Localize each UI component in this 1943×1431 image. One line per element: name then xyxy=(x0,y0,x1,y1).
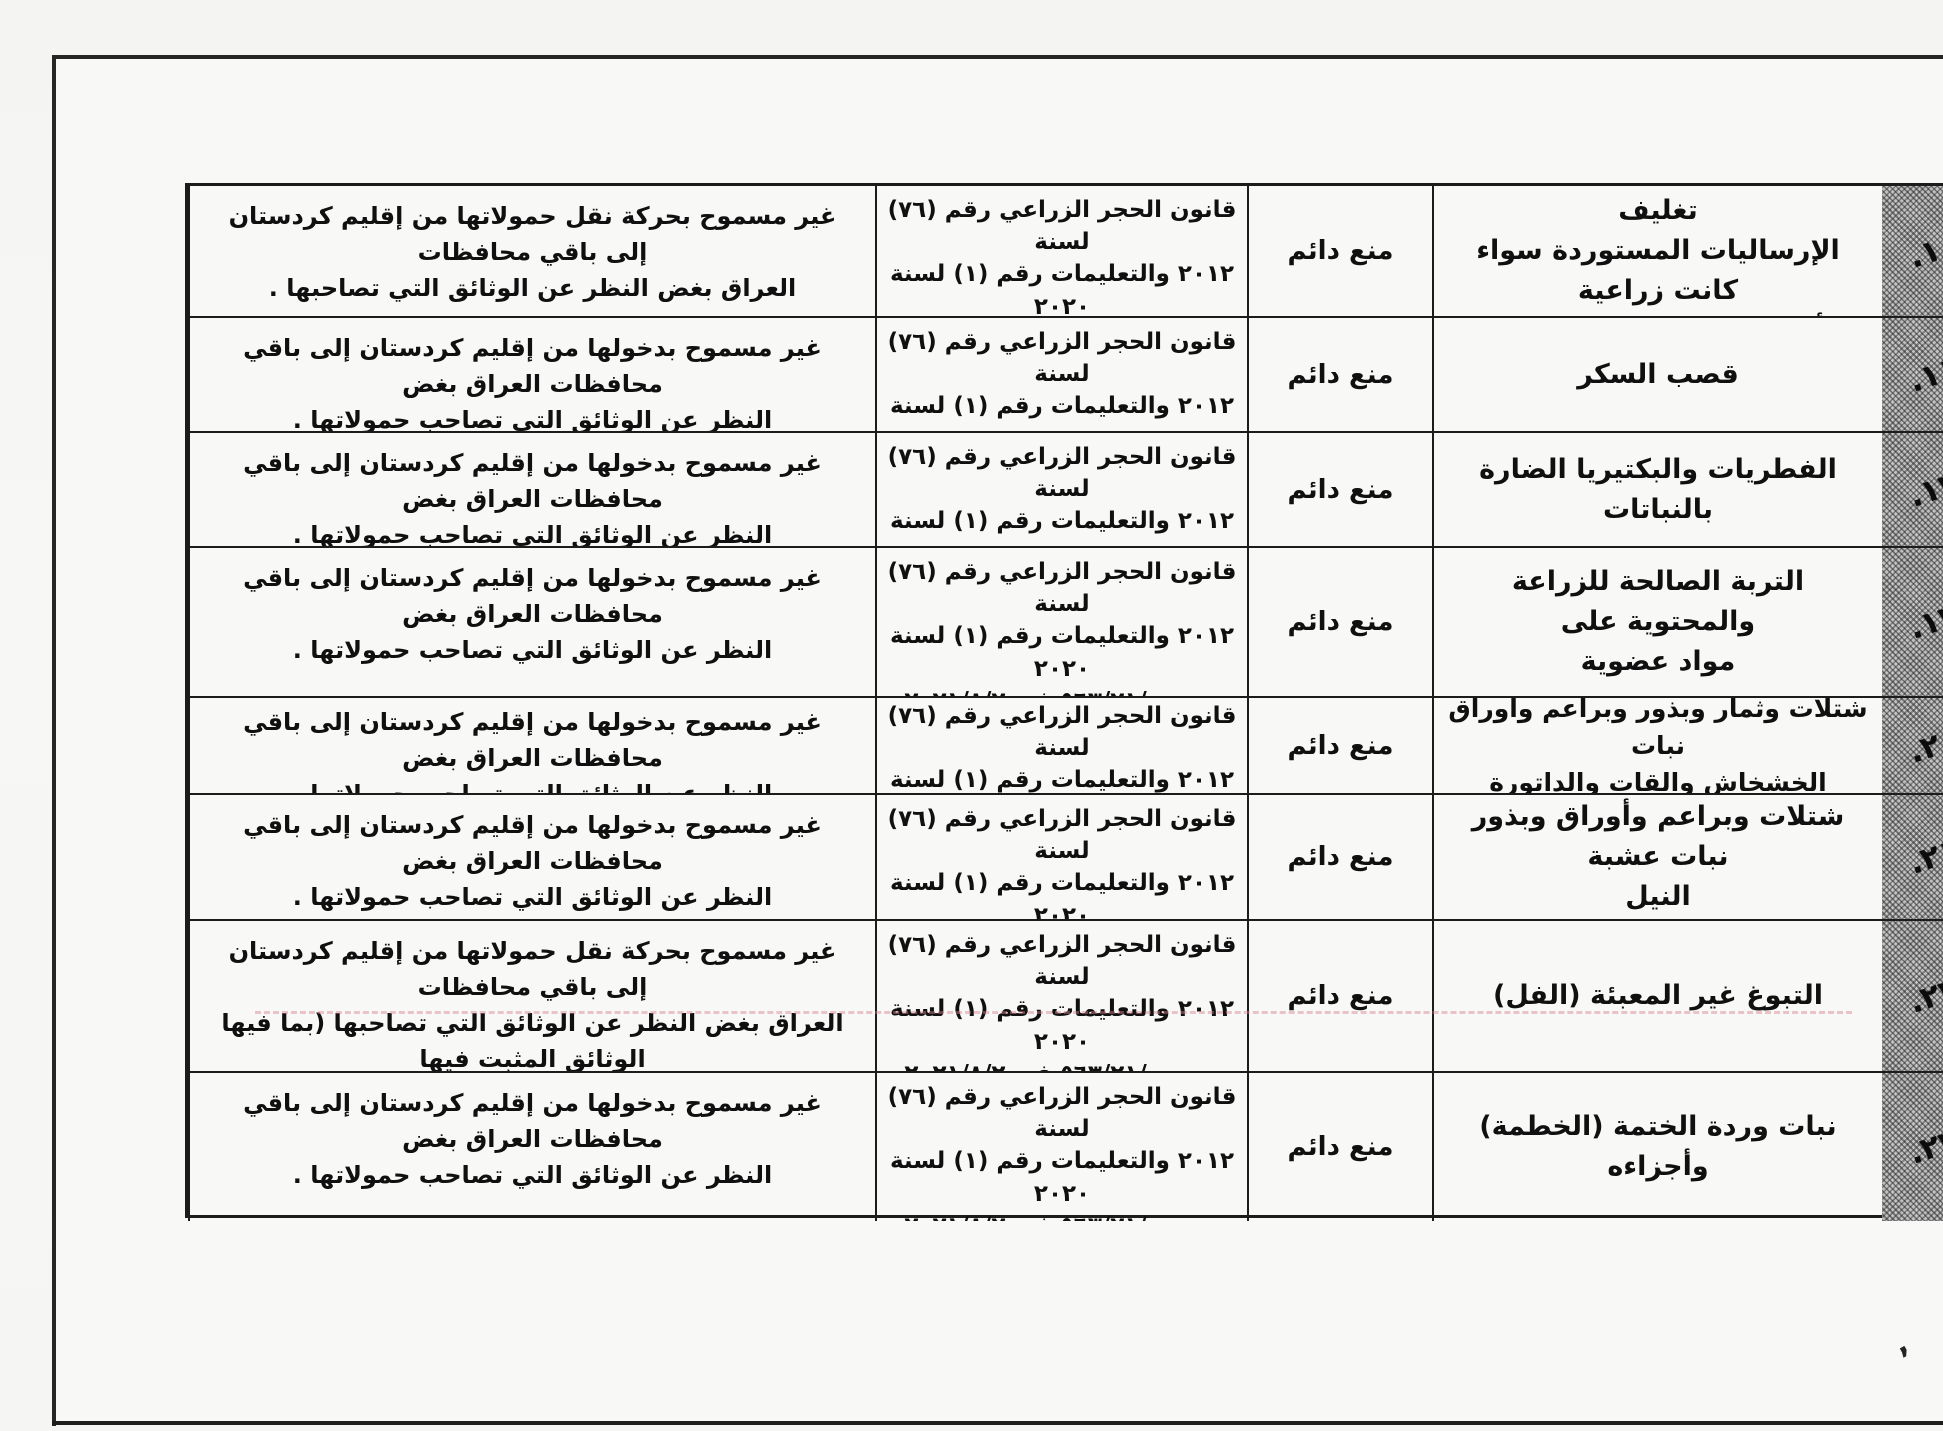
row-number-cell: ١٠. xyxy=(1882,186,1943,316)
legal-basis-cell: قانون الحجر الزراعي رقم (٧٦) لسنة ٢٠١٢ و… xyxy=(875,921,1247,1071)
legal-basis-cell: قانون الحجر الزراعي رقم (٧٦) لسنة ٢٠١٢ و… xyxy=(875,433,1247,546)
quarantine-items-table: ١٠. المواد النباتية المستخدمة في تغليف ا… xyxy=(185,183,1943,1218)
row-number-label: ١٠. xyxy=(1904,226,1943,276)
notes-cell: غير مسموح بدخولها من إقليم كردستان إلى ب… xyxy=(188,318,875,431)
row-number-cell: ٢١. xyxy=(1882,795,1943,919)
page-frame-left xyxy=(52,55,56,1426)
item-name-cell: قصب السكر xyxy=(1432,318,1882,431)
item-name-cell: شتلات وبراعم وأوراق وبذور نبات عشبة الني… xyxy=(1432,795,1882,919)
item-name-cell: الفطريات والبكتيريا الضارة بالنباتات xyxy=(1432,433,1882,546)
row-number-cell: ١١. xyxy=(1882,318,1943,431)
table-row: ٢٢. التبوغ غير المعبئة (الفل) منع دائم ق… xyxy=(188,921,1943,1073)
status-cell: منع دائم xyxy=(1247,698,1432,793)
table-row: ١٠. المواد النباتية المستخدمة في تغليف ا… xyxy=(188,186,1943,318)
legal-basis-cell: قانون الحجر الزراعي رقم (٧٦) لسنة ٢٠١٢ و… xyxy=(875,698,1247,793)
table-row: ٢٠. شتلات وثمار وبذور وبراعم وأوراق نبات… xyxy=(188,698,1943,795)
notes-cell: غير مسموح بحركة نقل حمولاتها من إقليم كر… xyxy=(188,186,875,316)
item-name-cell: التبوغ غير المعبئة (الفل) xyxy=(1432,921,1882,1071)
row-number-cell: ٢٢. xyxy=(1882,921,1943,1071)
row-number-label: ٢١. xyxy=(1904,832,1943,882)
status-cell: منع دائم xyxy=(1247,318,1432,431)
status-cell: منع دائم xyxy=(1247,1073,1432,1221)
item-name-cell: نبات وردة الختمة (الخطمة) وأجزاءه xyxy=(1432,1073,1882,1221)
notes-cell: غير مسموح بدخولها من إقليم كردستان إلى ب… xyxy=(188,698,875,793)
row-number-label: ٢٣. xyxy=(1904,1122,1943,1172)
item-name-cell: المواد النباتية المستخدمة في تغليف الإرس… xyxy=(1432,186,1882,316)
legal-basis-cell: قانون الحجر الزراعي رقم (٧٦) لسنة ٢٠١٢ و… xyxy=(875,548,1247,696)
notes-cell: غير مسموح بدخولها من إقليم كردستان إلى ب… xyxy=(188,795,875,919)
table-row: ١١. قصب السكر منع دائم قانون الحجر الزرا… xyxy=(188,318,1943,433)
item-name-cell: التربة الصالحة للزراعة والمحتوية على موا… xyxy=(1432,548,1882,696)
legal-basis-cell: قانون الحجر الزراعي رقم (٧٦) لسنة ٢٠١٢ و… xyxy=(875,318,1247,431)
scanned-page: ١٠. المواد النباتية المستخدمة في تغليف ا… xyxy=(0,0,1943,1431)
notes-cell: غير مسموح بدخولها من إقليم كردستان إلى ب… xyxy=(188,1073,875,1221)
table-row: ٢٣. نبات وردة الختمة (الخطمة) وأجزاءه من… xyxy=(188,1073,1943,1221)
row-number-cell: ٢٠. xyxy=(1882,698,1943,793)
table-row: ٢١. شتلات وبراعم وأوراق وبذور نبات عشبة … xyxy=(188,795,1943,921)
row-number-cell: ١٢. xyxy=(1882,433,1943,546)
row-number-cell: ٢٣. xyxy=(1882,1073,1943,1221)
status-cell: منع دائم xyxy=(1247,921,1432,1071)
legal-basis-cell: قانون الحجر الزراعي رقم (٧٦) لسنة ٢٠١٢ و… xyxy=(875,1073,1247,1221)
notes-cell: غير مسموح بدخولها من إقليم كردستان إلى ب… xyxy=(188,548,875,696)
page-frame-top xyxy=(52,55,1943,59)
status-cell: منع دائم xyxy=(1247,186,1432,316)
legal-basis-cell: قانون الحجر الزراعي رقم (٧٦) لسنة ٢٠١٢ و… xyxy=(875,186,1247,316)
status-cell: منع دائم xyxy=(1247,795,1432,919)
row-number-label: ٢٠. xyxy=(1904,721,1943,771)
row-number-label: ١٣. xyxy=(1904,597,1943,647)
table-row: ١٢. الفطريات والبكتيريا الضارة بالنباتات… xyxy=(188,433,1943,548)
notes-cell: غير مسموح بحركة نقل حمولاتها من إقليم كر… xyxy=(188,921,875,1071)
table-row: ١٣. التربة الصالحة للزراعة والمحتوية على… xyxy=(188,548,1943,698)
page-frame-bottom xyxy=(52,1421,1943,1425)
row-number-label: ١١. xyxy=(1904,350,1943,400)
status-cell: منع دائم xyxy=(1247,548,1432,696)
item-name-cell: شتلات وثمار وبذور وبراعم وأوراق نبات الخ… xyxy=(1432,698,1882,793)
row-number-label: ١٢. xyxy=(1904,465,1943,515)
legal-basis-cell: قانون الحجر الزراعي رقم (٧٦) لسنة ٢٠١٢ و… xyxy=(875,795,1247,919)
row-number-label: ٢٢. xyxy=(1904,971,1943,1021)
notes-cell: غير مسموح بدخولها من إقليم كردستان إلى ب… xyxy=(188,433,875,546)
row-number-cell: ١٣. xyxy=(1882,548,1943,696)
status-cell: منع دائم xyxy=(1247,433,1432,546)
